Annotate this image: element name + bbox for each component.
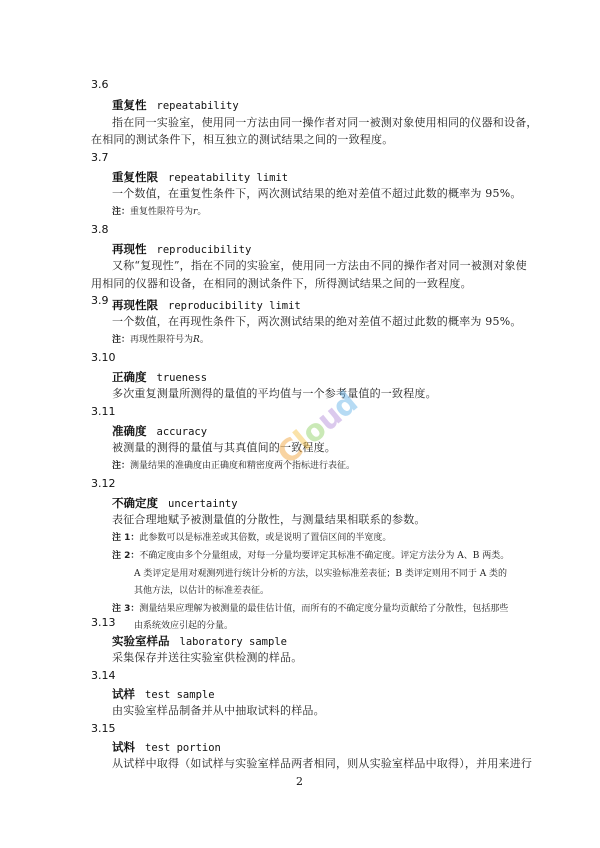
clause-number: 3.7	[91, 150, 109, 166]
definition-text: 多次重复测量所测得的量值的平均值与一个参考量值的一致程度。	[112, 386, 437, 402]
note-symbol: R	[193, 335, 200, 345]
note-end: 。	[200, 335, 209, 345]
note-continuation: A 类评定是用对观测列进行统计分析的方法，以实验标准差表征；B 类评定则用不同于…	[134, 566, 507, 582]
term-en: accuracy	[157, 426, 208, 438]
term-heading: 再现性reproducibility	[112, 241, 251, 258]
note-text: 不确定度由多个分量组成，对每一分量均要评定其标准不确定度。评定方法分为 A、B …	[139, 551, 509, 561]
term-zh: 不确定度	[112, 496, 158, 510]
clause-number: 3.12	[91, 476, 116, 492]
term-heading: 正确度trueness	[112, 369, 207, 386]
term-en: uncertainty	[168, 498, 238, 510]
definition-text: 在相同的测试条件下，相互独立的测试结果之间的一致程度。	[91, 132, 393, 148]
term-heading: 重复性repeatability	[112, 97, 239, 114]
note: 注：重复性限符号为r。	[112, 204, 206, 220]
note-text: 测量结果应理解为被测量的最佳估计值，而所有的不确定度分量均贡献给了分散性，包括那…	[139, 604, 508, 614]
term-zh: 准确度	[112, 424, 147, 438]
term-en: reproducibility limit	[168, 300, 301, 312]
term-zh: 重复性	[112, 98, 147, 112]
term-en: laboratory sample	[180, 636, 287, 648]
term-en: test sample	[145, 689, 215, 701]
term-heading: 准确度accuracy	[112, 423, 207, 440]
term-heading: 试样test sample	[112, 686, 215, 703]
note: 注：测量结果的准确度由正确度和精密度两个指标进行表征。	[112, 458, 355, 474]
note-label: 注 3：	[112, 604, 139, 614]
clause-number: 3.6	[91, 77, 109, 93]
note-text: 重复性限符号为	[130, 207, 193, 217]
clause-number: 3.10	[91, 350, 116, 366]
clause-number: 3.14	[91, 668, 116, 684]
note-continuation: 其他方法，以估计的标准差表征。	[134, 583, 269, 599]
term-zh: 重复性限	[112, 170, 158, 184]
note-continuation: 由系统效应引起的分量。	[134, 618, 233, 634]
term-heading: 试料test portion	[112, 739, 221, 756]
term-en: trueness	[157, 372, 208, 384]
term-zh: 实验室样品	[112, 634, 170, 648]
note: 注 2：不确定度由多个分量组成，对每一分量均要评定其标准不确定度。评定方法分为 …	[112, 548, 509, 564]
term-heading: 实验室样品laboratory sample	[112, 633, 287, 650]
term-heading: 重复性限repeatability limit	[112, 169, 288, 186]
note-label: 注 2：	[112, 551, 139, 561]
term-heading: 再现性限reproducibility limit	[112, 297, 301, 314]
term-zh: 试料	[112, 740, 135, 754]
definition-text: 用相同的仪器和设备，在相同的测试条件下，所得测试结果之间的一致程度。	[91, 276, 472, 292]
note-label: 注 1：	[112, 533, 139, 543]
note-label: 注：	[112, 207, 130, 217]
definition-text: 采集保存并送往实验室供检测的样品。	[112, 650, 302, 666]
definition-text: 一个数值，在重复性条件下，两次测试结果的绝对差值不超过此数的概率为 95%。	[112, 186, 522, 202]
definition-text: 一个数值，在再现性条件下，两次测试结果的绝对差值不超过此数的概率为 95%。	[112, 314, 522, 330]
note: 注 3：测量结果应理解为被测量的最佳估计值，而所有的不确定度分量均贡献给了分散性…	[112, 601, 508, 617]
definition-text: 指在同一实验室，使用同一方法由同一操作者对同一被测对象使用相同的仪器和设备，	[112, 115, 538, 131]
clause-number: 3.13	[91, 615, 116, 631]
svg-text:u: u	[311, 398, 350, 439]
definition-text: 被测量的测得的量值与其真值间的一致程度。	[112, 440, 336, 456]
page-number: 2	[296, 774, 303, 790]
definition-text: 由实验室样品制备并从中抽取试料的样品。	[112, 703, 325, 719]
term-heading: 不确定度uncertainty	[112, 495, 238, 512]
term-en: repeatability limit	[168, 172, 288, 184]
term-zh: 再现性限	[112, 298, 158, 312]
document-page: 3.6 重复性repeatability 指在同一实验室，使用同一方法由同一操作…	[0, 0, 600, 848]
clause-number: 3.8	[91, 222, 109, 238]
term-en: repeatability	[157, 100, 239, 112]
note: 注 1：此参数可以是标准差或其倍数，或是说明了置信区间的半宽度。	[112, 530, 391, 546]
note-label: 注：	[112, 335, 130, 345]
note-end: 。	[197, 207, 206, 217]
definition-text: 又称“复现性”，指在不同的实验室，使用同一方法由不同的操作者对同一被测对象使	[112, 258, 527, 274]
note: 注：再现性限符号为R。	[112, 332, 209, 348]
term-zh: 正确度	[112, 370, 147, 384]
note-text: 再现性限符号为	[130, 335, 193, 345]
clause-number: 3.15	[91, 721, 116, 737]
term-en: reproducibility	[157, 244, 252, 256]
clause-number: 3.9	[91, 293, 109, 309]
definition-text: 从试样中取得（如试样与实验室样品两者相同，则从实验室样品中取得），并用来进行	[112, 756, 532, 772]
term-zh: 试样	[112, 687, 135, 701]
definition-text: 表征合理地赋予被测量值的分散性，与测量结果相联系的参数。	[112, 512, 426, 528]
note-text: 测量结果的准确度由正确度和精密度两个指标进行表征。	[130, 461, 355, 471]
note-label: 注：	[112, 461, 130, 471]
clause-number: 3.11	[91, 404, 116, 420]
term-en: test portion	[145, 742, 221, 754]
note-text: 此参数可以是标准差或其倍数，或是说明了置信区间的半宽度。	[139, 533, 391, 543]
term-zh: 再现性	[112, 242, 147, 256]
